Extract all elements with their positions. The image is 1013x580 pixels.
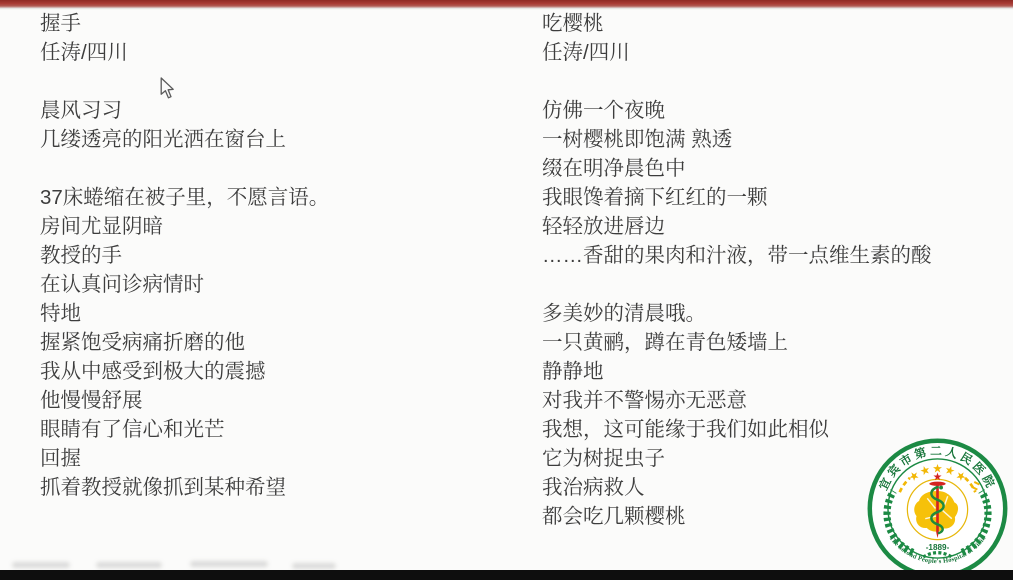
poem-line: 静静地 [542,357,932,386]
poem-line: 回握 [40,444,329,473]
poem-line: 缀在明净晨色中 [542,154,932,183]
poem-line: 一只黄鹂，蹲在青色矮墙上 [542,328,932,357]
poem-line [40,154,329,183]
poem-left-body: 晨风习习几缕透亮的阳光洒在窗台上 37床蜷缩在被子里，不愿言语。房间尤显阴暗教授… [40,67,329,502]
poem-line [542,67,932,96]
poem-line: 仿佛一个夜晚 [542,96,932,125]
poem-line: 我从中感受到极大的震撼 [40,357,329,386]
poem-line: 对我并不警惕亦无恶意 [542,386,932,415]
logo-founding-year: -1889- [926,543,950,552]
poem-line [542,270,932,299]
ghost-artifact [96,562,162,568]
ghost-artifact [190,561,268,567]
slide-bottom-bar [0,570,1013,580]
poem-line: 特地 [40,299,329,328]
poem-line: ……香甜的果肉和汁液，带一点维生素的酸 [542,241,932,270]
poem-line: 晨风习习 [40,96,329,125]
poem-line [40,67,329,96]
poem-line: 教授的手 [40,241,329,270]
hospital-logo: 宜宾市第二人民医院 The Second People's Hospital o… [866,437,1009,580]
poem-line: 他慢慢舒展 [40,386,329,415]
poem-left: 握手 任涛/四川 晨风习习几缕透亮的阳光洒在窗台上 37床蜷缩在被子里，不愿言语… [40,9,329,502]
mouse-arrow-cursor [160,77,175,100]
ghost-artifact [12,562,70,568]
poem-line: 握紧饱受病痛折磨的他 [40,328,329,357]
poem-line: 在认真问诊病情时 [40,270,329,299]
ghost-artifact [292,563,336,569]
poem-line: 几缕透亮的阳光洒在窗台上 [40,125,329,154]
poem-line: 抓着教授就像抓到某种希望 [40,473,329,502]
poem-left-title: 握手 [40,9,329,38]
poem-right-author: 任涛/四川 [542,38,932,67]
poem-line: 眼睛有了信心和光芒 [40,415,329,444]
poem-line: 一树樱桃即饱满 熟透 [542,125,932,154]
poem-left-author: 任涛/四川 [40,38,329,67]
poem-right-title: 吃樱桃 [542,9,932,38]
poem-line: 我眼馋着摘下红红的一颗 [542,183,932,212]
poem-line: 37床蜷缩在被子里，不愿言语。 [40,183,329,212]
poem-line: 轻轻放进唇边 [542,212,932,241]
poem-line: 多美妙的清晨哦。 [542,299,932,328]
poem-line: 房间尤显阴暗 [40,212,329,241]
